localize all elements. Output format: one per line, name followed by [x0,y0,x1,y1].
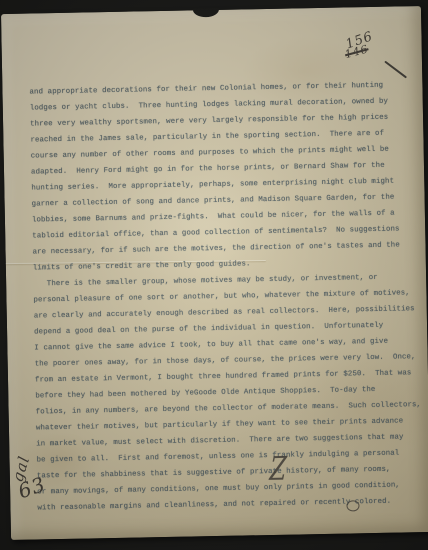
page-number-crossed-out: 146 [339,41,375,62]
photo-background: and appropriate decorations for their ne… [0,0,428,550]
page-number-annotation: 156 146 [345,33,373,59]
paper-tear-notch [193,8,219,17]
paper-sheet: and appropriate decorations for their ne… [1,6,428,540]
pen-stroke-mark [384,61,407,79]
insertion-mark: Z [269,452,288,485]
typed-text: and appropriate decorations for their ne… [29,77,423,516]
